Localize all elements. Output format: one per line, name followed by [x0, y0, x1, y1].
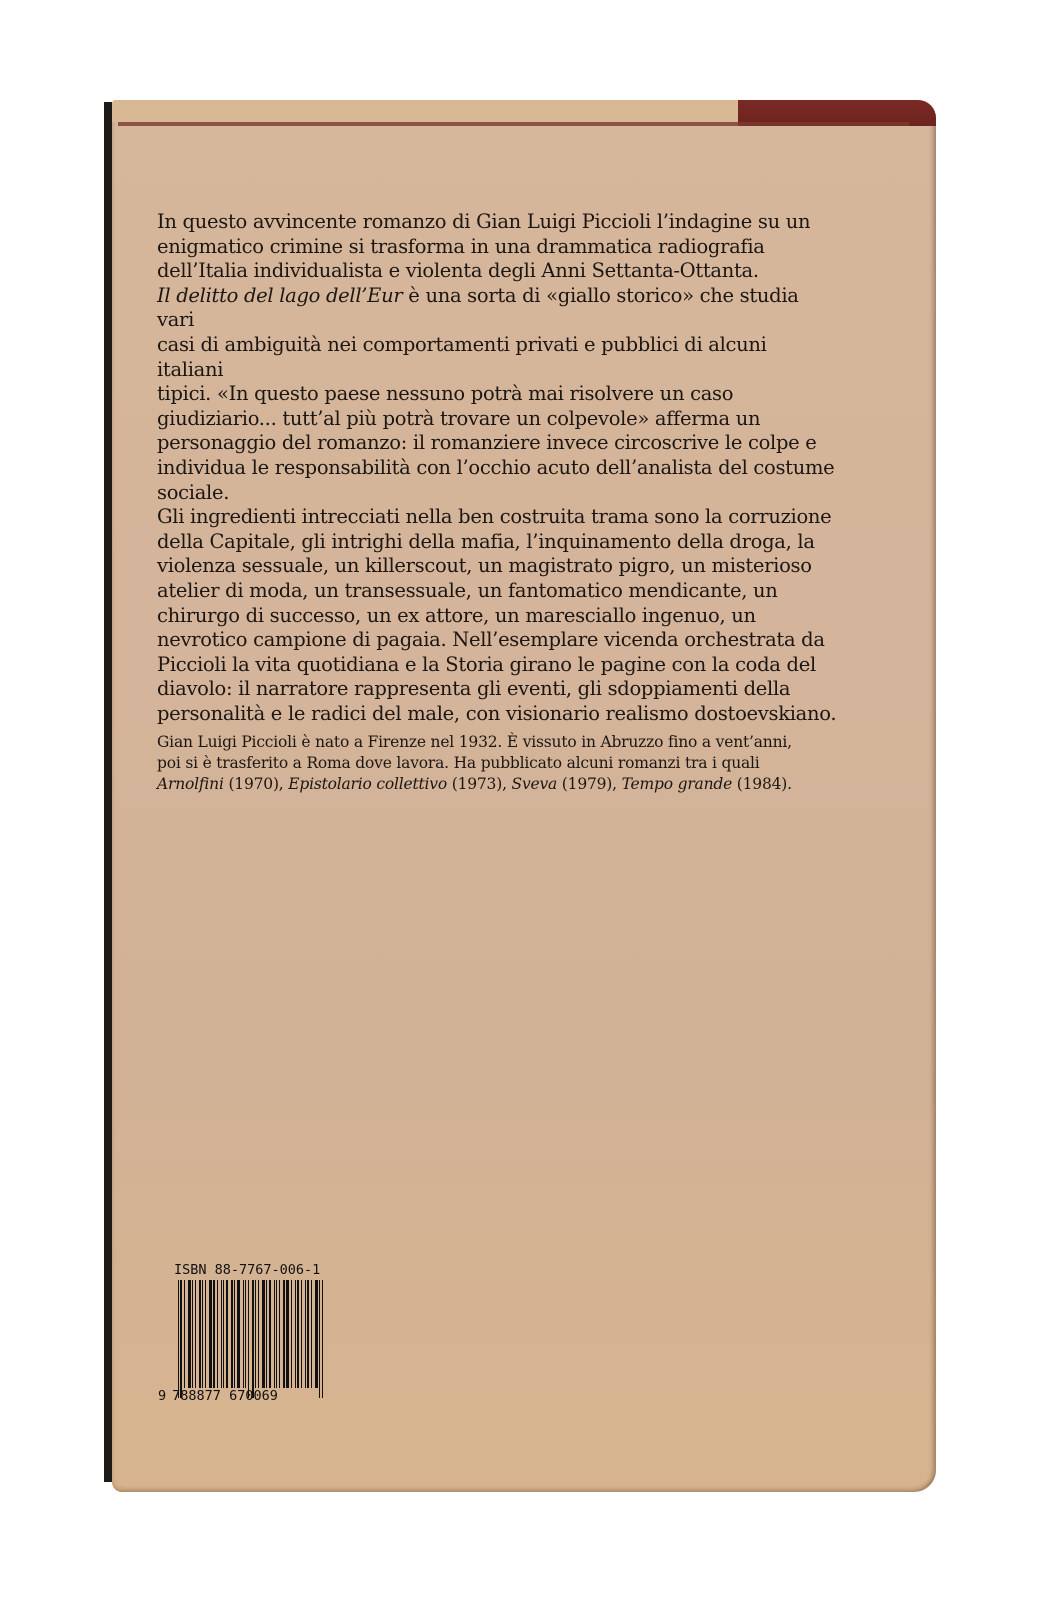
- ean-digits: 9788877 670069: [158, 1388, 354, 1404]
- spine-edge: [104, 102, 112, 1482]
- book-back-cover: In questo avvincente romanzo di Gian Lui…: [112, 100, 936, 1492]
- work-title: Epistolario collettivo: [288, 775, 447, 793]
- book-title: Il delitto del lago dell’Eur: [157, 284, 402, 307]
- author-bio: Gian Luigi Piccioli è nato a Firenze nel…: [157, 732, 857, 795]
- barcode-icon: [178, 1280, 354, 1398]
- top-fold-line: [118, 122, 909, 126]
- blurb: In questo avvincente romanzo di Gian Lui…: [157, 210, 837, 726]
- isbn-label: ISBN 88-7767-006-1: [174, 1262, 354, 1278]
- blurb-paragraph-2: Il delitto del lago dell’Eur è una sorta…: [157, 284, 837, 505]
- blurb-paragraph-1: In questo avvincente romanzo di Gian Lui…: [157, 210, 837, 284]
- work-title: Sveva: [512, 775, 558, 793]
- work-title: Tempo grande: [622, 775, 732, 793]
- isbn-barcode: ISBN 88-7767-006-1 9788877 670069: [154, 1262, 354, 1414]
- blurb-paragraph-3: Gli ingredienti intrecciati nella ben co…: [157, 505, 837, 726]
- work-title: Arnolfini: [157, 775, 224, 793]
